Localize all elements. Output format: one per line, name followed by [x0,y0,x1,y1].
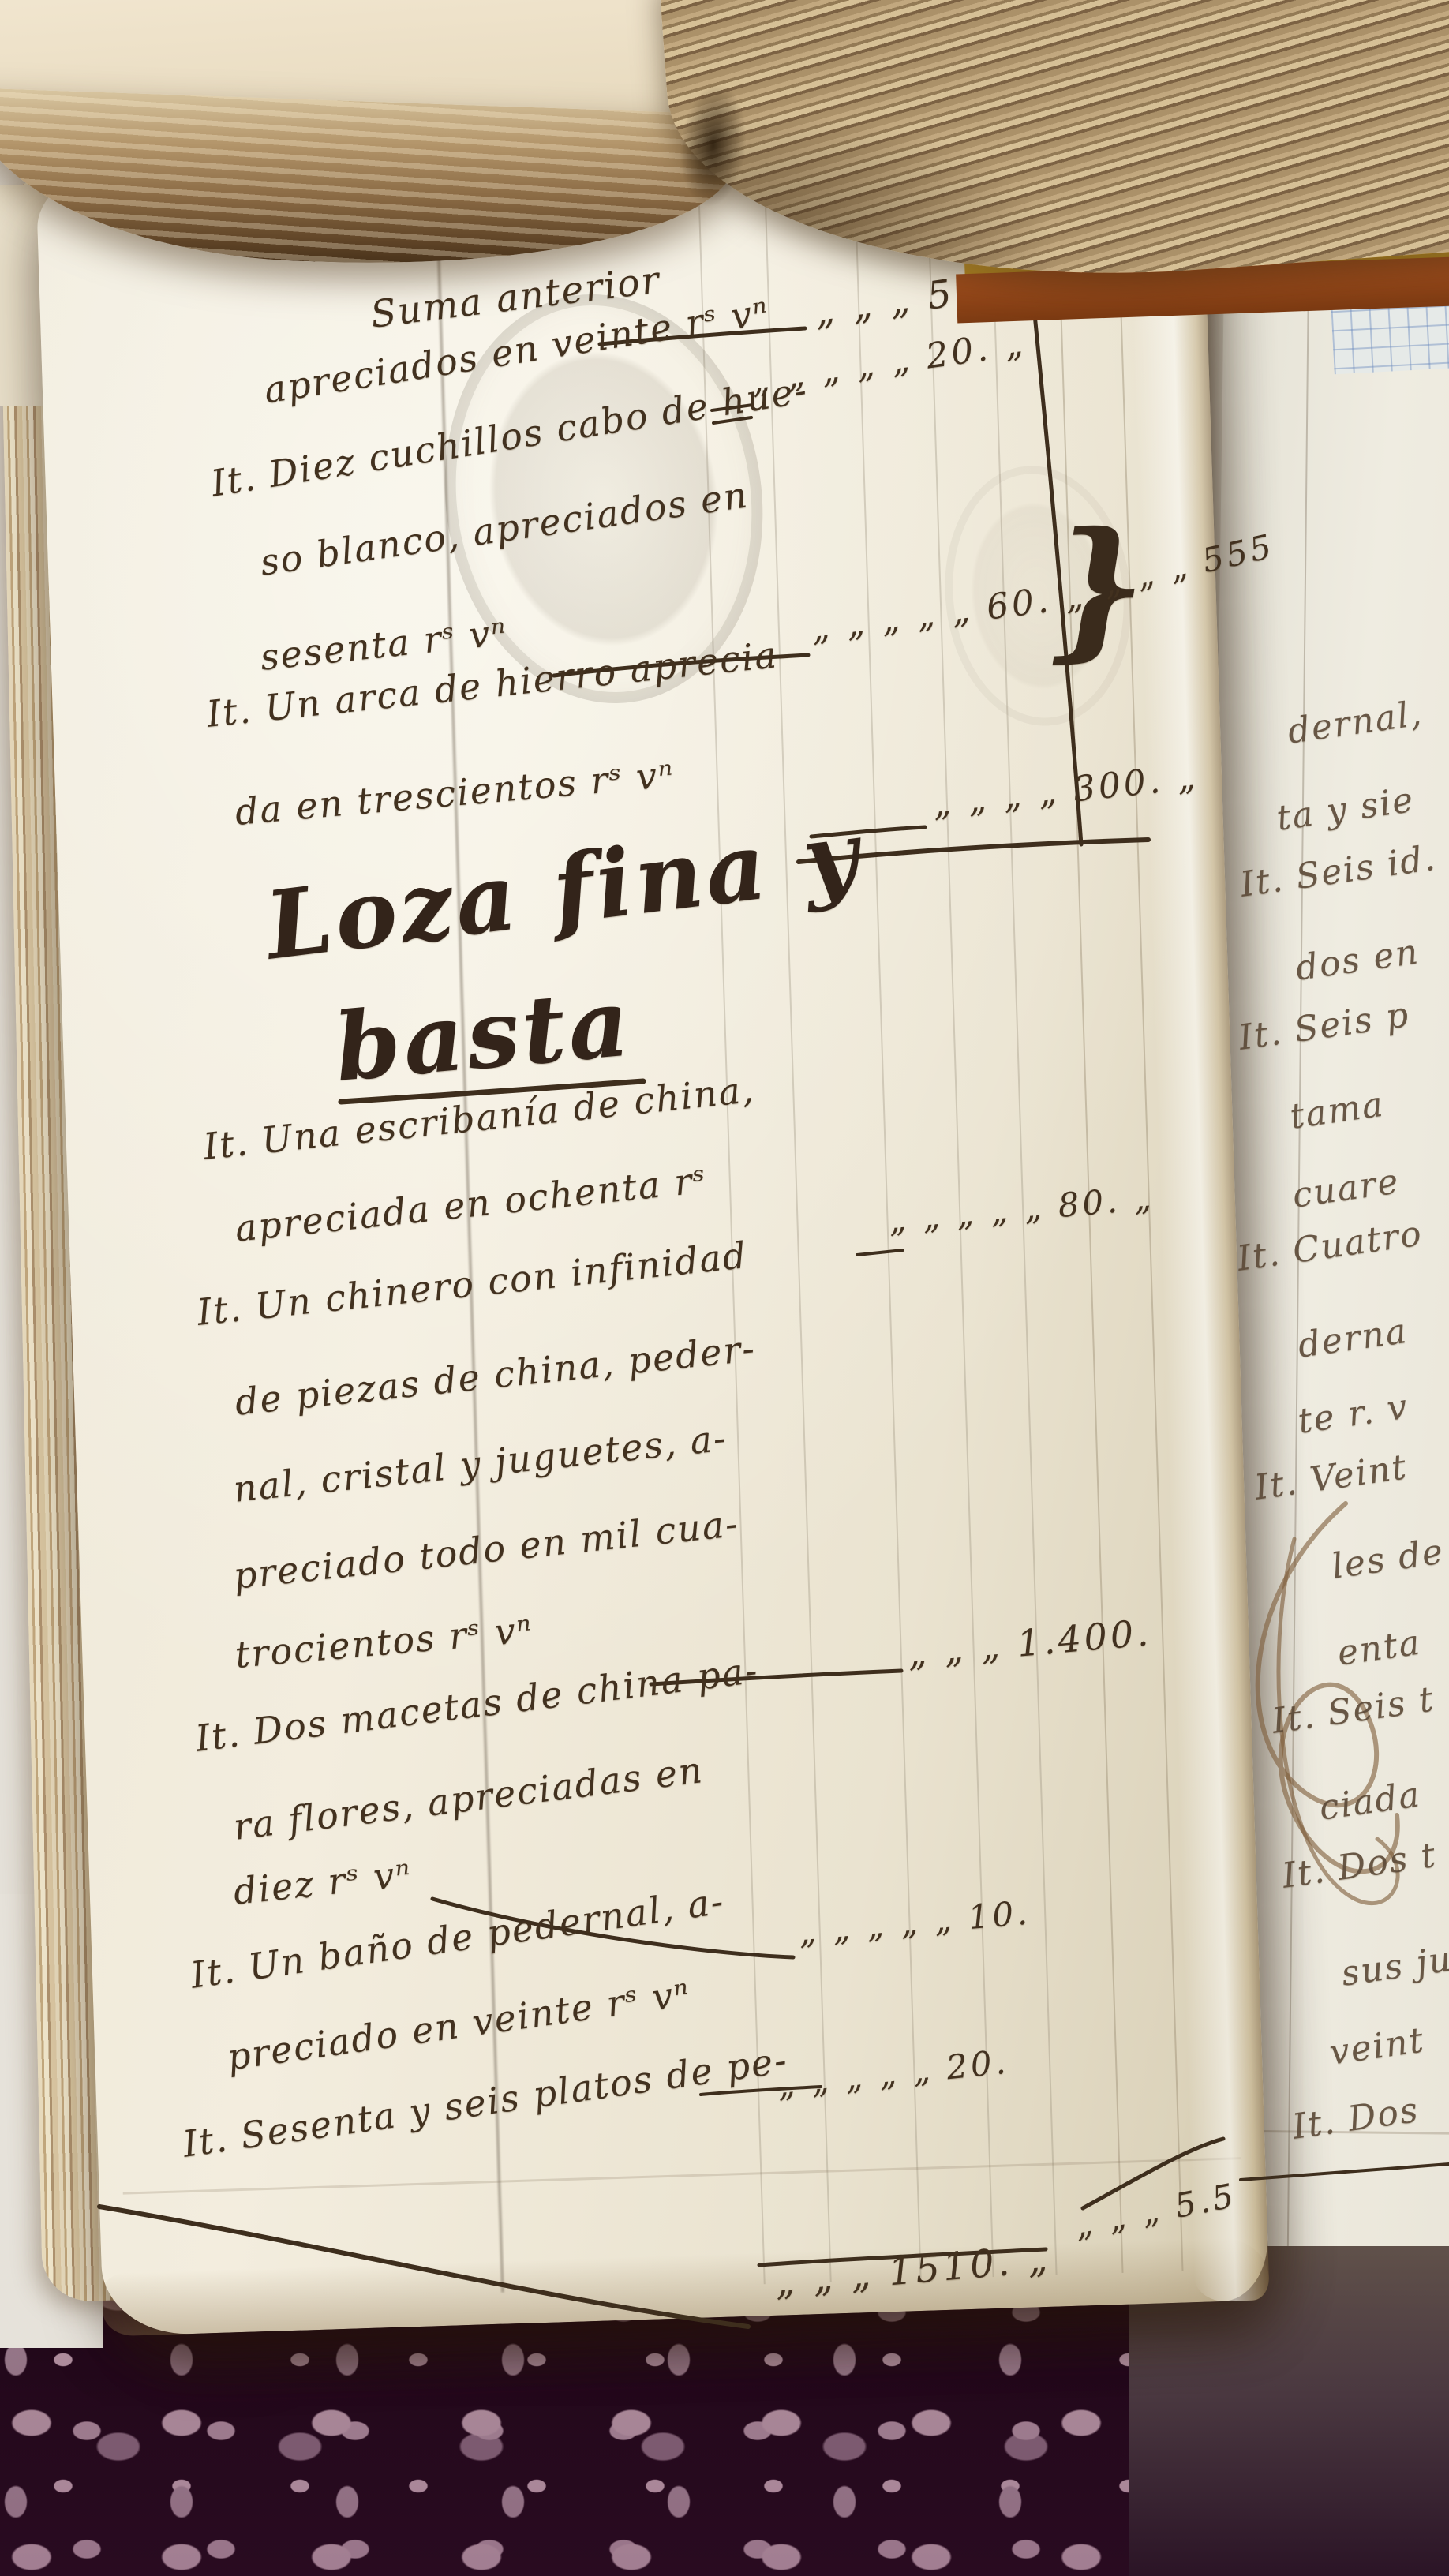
money-column-rule [1116,171,1184,2271]
horizontal-crease [123,2157,1241,2195]
manuscript-photo: Suma anterior „ „ „ 5.175. „ apreciados … [0,0,1449,2576]
column-rule [764,182,832,2282]
